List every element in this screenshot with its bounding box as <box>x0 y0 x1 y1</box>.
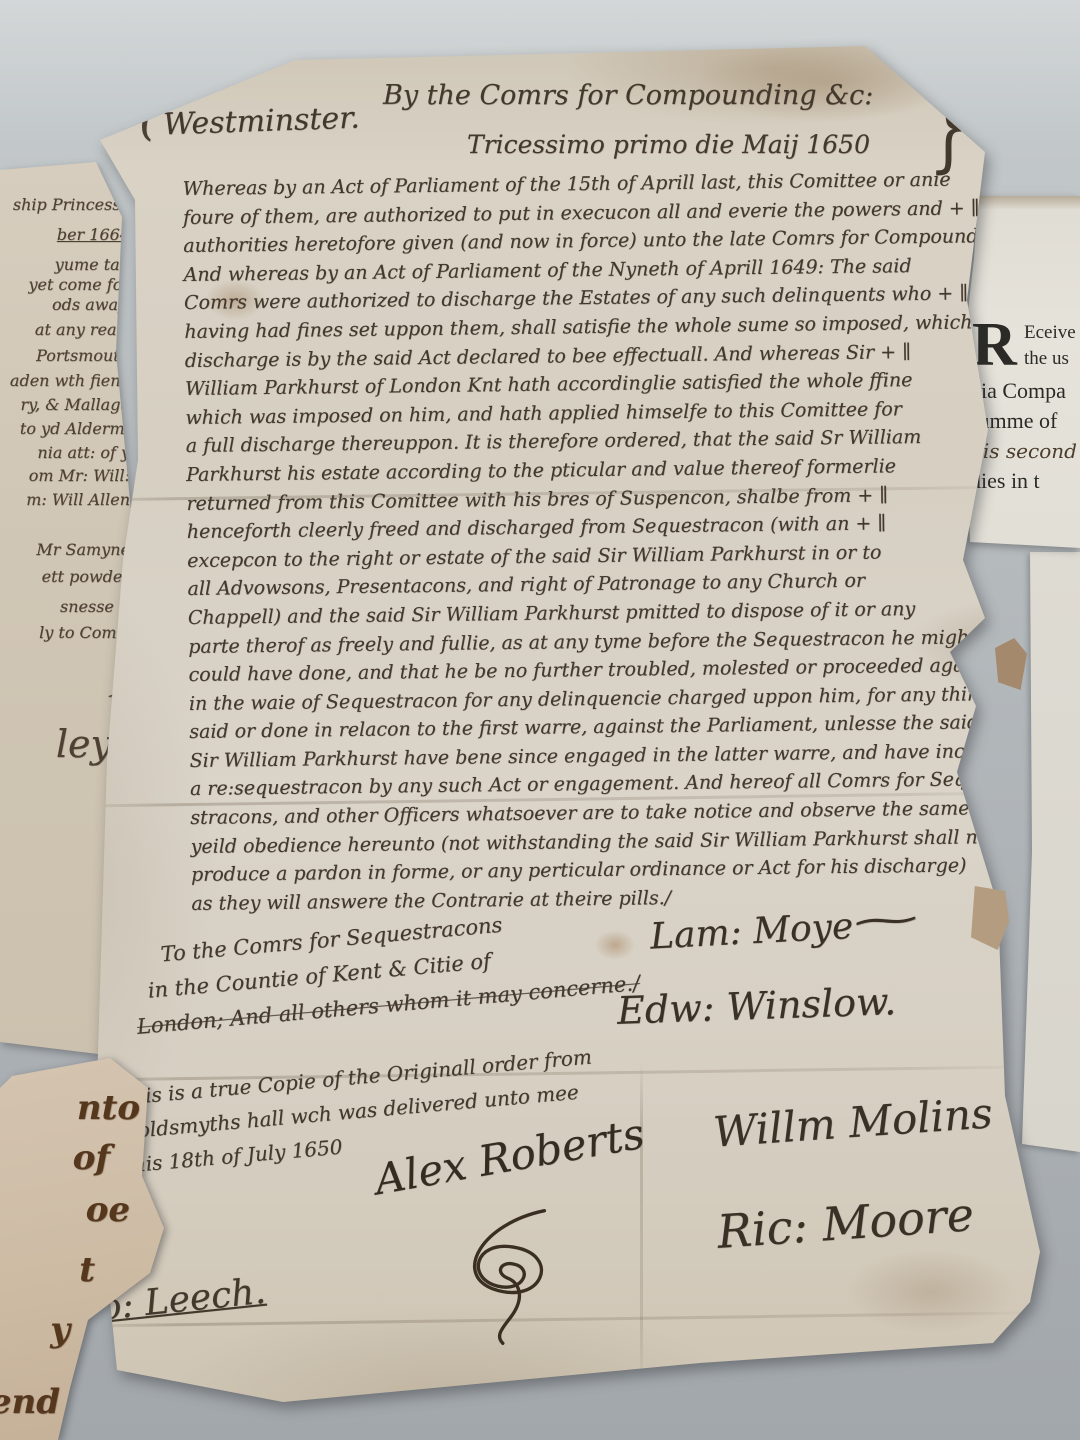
signature-spiral-flourish <box>443 1202 573 1352</box>
photo-of-manuscripts: ship Princesse ber 1664 yume tau yet com… <box>0 0 1080 1440</box>
signature-swash: ~ <box>846 898 926 943</box>
main-document-paper: ( Westminster. By the Comrs for Compound… <box>55 40 1050 1415</box>
signature-edw-winslow: Edw: Winslow. <box>616 979 896 1033</box>
address-block: To the Comrs for Sequestracons in the Co… <box>129 896 641 1045</box>
header-dateline: Tricessimo primo die Maij 1650 <box>467 130 870 159</box>
header-place: Westminster. <box>162 101 360 143</box>
fragment-stroke: t <box>79 1250 95 1290</box>
signature-willm-molins: Willm Molins <box>712 1088 994 1156</box>
body-text: Whereas by an Act of Parliament of the 1… <box>182 165 1003 918</box>
fragment-stroke: of <box>73 1138 110 1178</box>
fragment-stroke: nto <box>77 1088 140 1128</box>
flourish-paren: ( <box>139 90 158 146</box>
header-byline: By the Comrs for Compounding &c: <box>383 80 873 111</box>
bottom-fragment-paper: nto of oe t y end <box>0 1058 182 1440</box>
bottom-left-fragment: nto of oe t y end <box>0 1058 182 1440</box>
fragment-stroke: end <box>0 1382 60 1422</box>
signature-ric-moore: Ric: Moore <box>715 1187 975 1259</box>
fragment-stroke: oe <box>86 1190 130 1230</box>
fold-crease-vertical <box>640 1060 643 1390</box>
fragment-stroke: y <box>50 1310 70 1350</box>
main-document: ( Westminster. By the Comrs for Compound… <box>55 40 1050 1415</box>
